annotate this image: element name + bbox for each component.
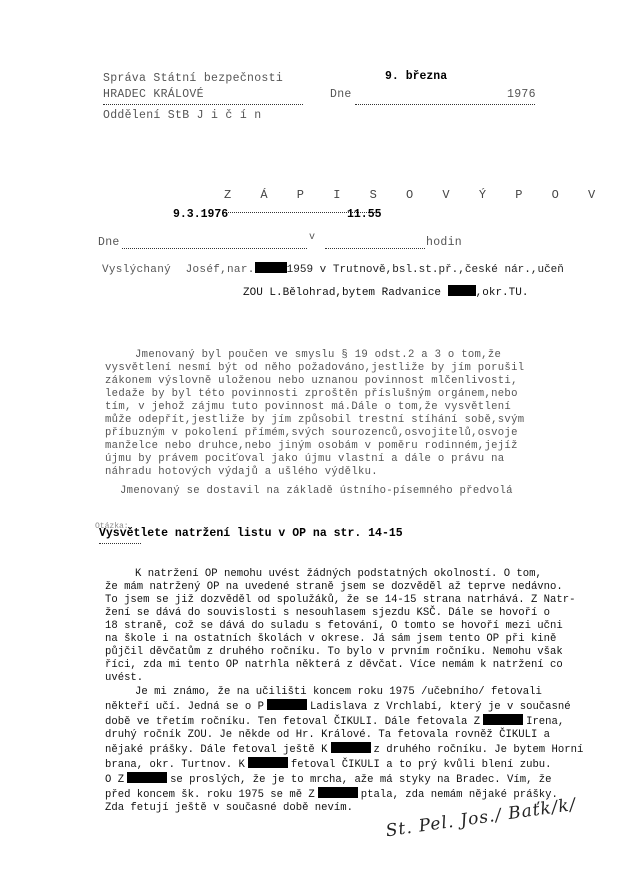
answer-text: před koncem šk. roku 1975 se mě Z <box>105 789 315 801</box>
answer-line: uvést. <box>105 672 575 685</box>
redaction-block <box>318 787 358 798</box>
answer-text: někteří učí. Jedná se o P <box>105 701 264 713</box>
instruction-line: vysvětlení nesmí být od něho požadováno,… <box>105 362 575 375</box>
answer-line: nějaké prášky. Dále fetoval ještě Kz dru… <box>105 742 575 757</box>
redaction-block <box>267 699 307 710</box>
instruction-paragraph: Jmenovaný byl poučen ve smyslu § 19 odst… <box>105 349 575 479</box>
answer-text: Ladislava z Vrchlabí, který je v současn… <box>310 701 571 713</box>
person-school: ZOU L.Bělohrad,bytem Radvanice <box>243 287 441 299</box>
answer-line: půjčil děvčatům z druhého ročníku. To by… <box>105 646 575 659</box>
redaction-block <box>248 757 288 768</box>
v-rule <box>325 248 425 249</box>
person-district: ,okr.TU. <box>476 287 529 299</box>
answer-line: na škole i na ostatních školách v okrese… <box>105 633 575 646</box>
answer-line: že mám natržený OP na uvedené straně jse… <box>105 581 575 594</box>
answer-line: Je mi známo, že na učilišti koncem roku … <box>105 686 575 699</box>
answer-line: žení se dává do souvislosti s nesouhlase… <box>105 607 575 620</box>
header-rule-right <box>355 104 535 105</box>
answer-text: brana, okr. Turtnov. K <box>105 759 245 771</box>
answer-paragraph-1: K natržení OP nemohu uvést žádných podst… <box>105 568 575 685</box>
date-label: Dne <box>330 88 352 101</box>
answer-text: ptala, zda nemám nějaké prášky. <box>361 789 558 801</box>
answer-line: někteří učí. Jedná se o PLadislava z Vrc… <box>105 699 575 714</box>
v-label: v <box>309 232 315 243</box>
header-rule-left <box>103 104 303 105</box>
instruction-line: příbuzným v pokolení přímém,svých souroz… <box>105 427 575 440</box>
instruction-line: ledaže by byl této povinnosti zproštěn p… <box>105 388 575 401</box>
answer-line: 18 straně, což se dává do suladu s fetov… <box>105 620 575 633</box>
office-city: HRADEC KRÁLOVÉ <box>103 88 204 101</box>
person-line-2: ZOU L.Bělohrad,bytem Radvanice ,okr.TU. <box>243 285 528 299</box>
summons-line: Jmenovaný se dostavil na základě ústního… <box>120 485 513 497</box>
answer-line: před koncem šk. roku 1975 se mě Zptala, … <box>105 787 575 802</box>
person-name: Joséf,nar. <box>186 264 255 276</box>
instruction-line: Jmenovaný byl poučen ve smyslu § 19 odst… <box>105 349 575 362</box>
document-title: Z Á P I S O V Ý P O V Ě D I <box>224 188 622 202</box>
answer-line: K natržení OP nemohu uvést žádných podst… <box>105 568 575 581</box>
instruction-line: může odepřít,jestliže by jím způsobil tr… <box>105 414 575 427</box>
person-birth: 1959 v Trutnově,bsl.st.př.,české nár.,uč… <box>287 264 564 276</box>
answer-line: To jsem se již dozvěděl od spolužáků, že… <box>105 594 575 607</box>
answer-text: nějaké prášky. Dále fetoval ještě K <box>105 744 328 756</box>
dne-rule <box>122 248 307 249</box>
hodin-label: hodin <box>426 236 462 249</box>
answer-line: říci, zda mi tento OP natrhla některá z … <box>105 659 575 672</box>
redaction-block <box>448 285 476 296</box>
answer-line: brana, okr. Turtnov. Kfetoval ČIKULI a t… <box>105 757 575 772</box>
person-line-1: Vyslýchaný Joséf,nar.1959 v Trutnově,bsl… <box>102 262 564 276</box>
redaction-block <box>331 742 371 753</box>
answer-text: době ve třetím ročníku. Ten fetoval ČIKU… <box>105 716 480 728</box>
answer-text: se proslých, že je to mrcha, aže má styk… <box>170 774 551 786</box>
date-day-month: 9. března <box>385 70 447 83</box>
instruction-line: zákonem výslovně uloženou nebo uznanou p… <box>105 375 575 388</box>
answer-text: druhý ročník ZOU. Je někde od Hr. Králov… <box>105 729 550 741</box>
department: Oddělení StB J i č í n <box>103 109 261 122</box>
instruction-line: tím, v jehož zájmu tuto povinnost má.Dál… <box>105 401 575 414</box>
answer-line: době ve třetím ročníku. Ten fetoval ČIKU… <box>105 714 575 729</box>
record-time: 11.55 <box>347 208 382 221</box>
instruction-line: manželce nebo druhce,nebo jiným osobám v… <box>105 440 575 453</box>
answer-text: Irena, <box>526 716 564 728</box>
office-name: Správa Státní bezpečnosti <box>103 72 283 85</box>
question-underline <box>99 543 141 544</box>
answer-text: Zda fetují ještě v současné době nevím. <box>105 802 353 814</box>
date-year: 1976 <box>507 88 536 101</box>
record-date: 9.3.1976 <box>173 208 228 221</box>
answer-text: O Z <box>105 774 124 786</box>
answer-line: druhý ročník ZOU. Je někde od Hr. Králov… <box>105 729 575 742</box>
person-label: Vyslýchaný <box>102 264 171 276</box>
redaction-block <box>483 714 523 725</box>
answer-line: O Zse proslých, že je to mrcha, aže má s… <box>105 772 575 787</box>
answer-text: Je mi známo, že na učilišti koncem roku … <box>135 686 542 698</box>
answer-text: fetoval ČIKULI a to prý kvůli blení zubu… <box>291 759 552 771</box>
question-text: Vysvětlete natržení listu v OP na str. 1… <box>99 527 403 540</box>
answer-text: z druhého ročníku. Je bytem Horní <box>374 744 584 756</box>
dne-label: Dne <box>98 236 120 249</box>
redaction-block <box>127 772 167 783</box>
instruction-line: náhradu hotových výdajů a ušlého výdělku… <box>105 466 575 479</box>
redaction-block <box>255 262 287 273</box>
instruction-line: újmu by právem pociťoval jako újmu vlast… <box>105 453 575 466</box>
answer-paragraph-2: Je mi známo, že na učilišti koncem roku … <box>105 686 575 815</box>
